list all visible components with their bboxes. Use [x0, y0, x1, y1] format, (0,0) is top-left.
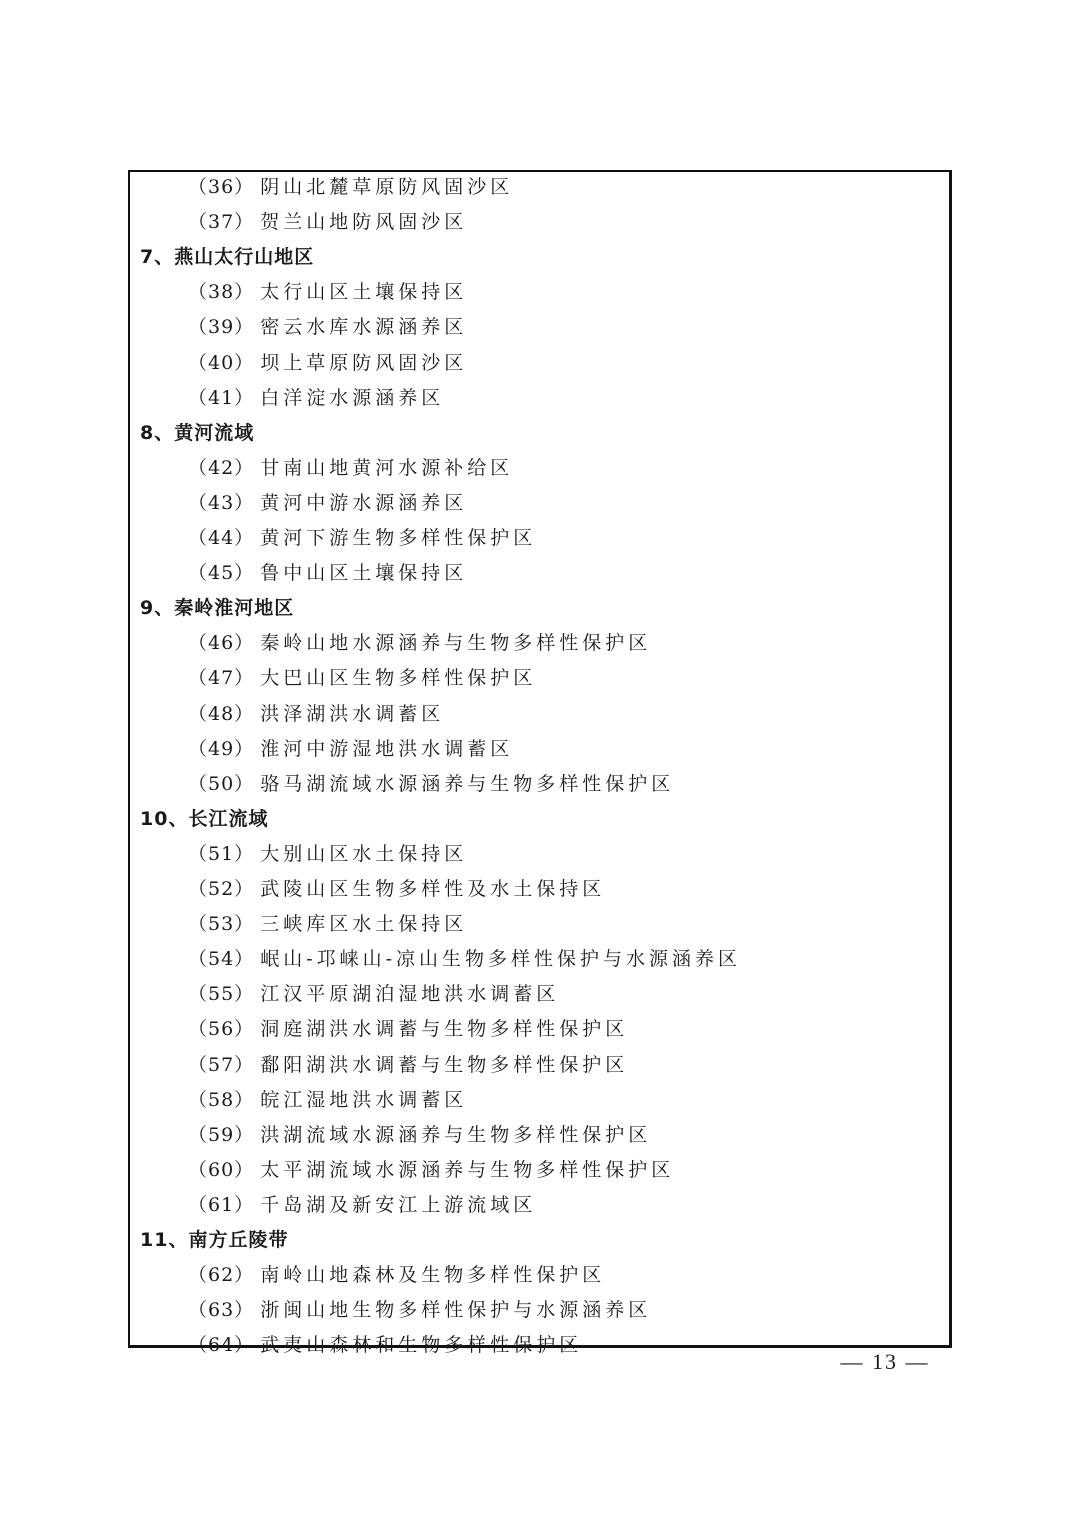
item-text: 密云水库水源涵养区 — [260, 316, 467, 338]
item-number: （57） — [188, 1054, 254, 1076]
zone-list-item: （42）甘南山地黄河水源补给区 — [188, 451, 513, 486]
zone-list-item: （52）武陵山区生物多样性及水土保持区 — [188, 872, 605, 907]
item-number: （43） — [188, 492, 254, 514]
item-text: 洞庭湖洪水调蓄与生物多样性保护区 — [260, 1018, 628, 1040]
zone-list-item: （49）淮河中游湿地洪水调蓄区 — [188, 732, 513, 767]
zone-list-item: （57）鄱阳湖洪水调蓄与生物多样性保护区 — [188, 1048, 628, 1083]
item-text: 洪泽湖洪水调蓄区 — [260, 703, 444, 725]
item-text: 武陵山区生物多样性及水土保持区 — [260, 878, 605, 900]
item-number: （64） — [188, 1334, 254, 1356]
item-text: 骆马湖流域水源涵养与生物多样性保护区 — [260, 773, 674, 795]
item-number: （63） — [188, 1299, 254, 1321]
section-heading: 8、黄河流域 — [140, 416, 254, 451]
item-text: 千岛湖及新安江上游流域区 — [260, 1194, 536, 1216]
item-text: 淮河中游湿地洪水调蓄区 — [260, 738, 513, 760]
zone-list-item: （63）浙闽山地生物多样性保护与水源涵养区 — [188, 1293, 651, 1328]
item-number: （53） — [188, 913, 254, 935]
zone-list-item: （58）皖江湿地洪水调蓄区 — [188, 1083, 467, 1118]
item-text: 太行山区土壤保持区 — [260, 281, 467, 303]
item-text: 岷山-邛崃山-凉山生物多样性保护与水源涵养区 — [260, 948, 741, 970]
content-frame: （36）阴山北麓草原防风固沙区（37）贺兰山地防风固沙区7、燕山太行山地区（38… — [128, 170, 952, 1348]
zone-list-item: （43）黄河中游水源涵养区 — [188, 486, 467, 521]
item-number: （56） — [188, 1018, 254, 1040]
item-number: （38） — [188, 281, 254, 303]
section-heading: 7、燕山太行山地区 — [140, 240, 314, 275]
item-number: （36） — [188, 176, 254, 198]
zone-list-item: （48）洪泽湖洪水调蓄区 — [188, 697, 444, 732]
item-number: （40） — [188, 352, 254, 374]
item-number: （60） — [188, 1159, 254, 1181]
item-text: 太平湖流域水源涵养与生物多样性保护区 — [260, 1159, 674, 1181]
zone-list-item: （38）太行山区土壤保持区 — [188, 275, 467, 310]
item-number: （51） — [188, 843, 254, 865]
zone-list-item: （44）黄河下游生物多样性保护区 — [188, 521, 536, 556]
zone-list-item: （46）秦岭山地水源涵养与生物多样性保护区 — [188, 626, 651, 661]
zone-list-item: （54）岷山-邛崃山-凉山生物多样性保护与水源涵养区 — [188, 942, 741, 977]
item-number: （46） — [188, 632, 254, 654]
item-number: （62） — [188, 1264, 254, 1286]
item-text: 大别山区水土保持区 — [260, 843, 467, 865]
zone-list-item: （56）洞庭湖洪水调蓄与生物多样性保护区 — [188, 1012, 628, 1047]
zone-list-item: （40）坝上草原防风固沙区 — [188, 346, 467, 381]
item-text: 江汉平原湖泊湿地洪水调蓄区 — [260, 983, 559, 1005]
zone-list-item: （45）鲁中山区土壤保持区 — [188, 556, 467, 591]
item-number: （50） — [188, 773, 254, 795]
item-number: （45） — [188, 562, 254, 584]
zone-list-item: （50）骆马湖流域水源涵养与生物多样性保护区 — [188, 767, 674, 802]
zone-list-item: （47）大巴山区生物多样性保护区 — [188, 661, 536, 696]
item-text: 黄河下游生物多样性保护区 — [260, 527, 536, 549]
item-number: （49） — [188, 738, 254, 760]
item-number: （37） — [188, 211, 254, 233]
item-text: 阴山北麓草原防风固沙区 — [260, 176, 513, 198]
zone-list-item: （41）白洋淀水源涵养区 — [188, 381, 444, 416]
item-text: 洪湖流域水源涵养与生物多样性保护区 — [260, 1124, 651, 1146]
item-text: 皖江湿地洪水调蓄区 — [260, 1089, 467, 1111]
zone-list-item: （60）太平湖流域水源涵养与生物多样性保护区 — [188, 1153, 674, 1188]
item-number: （47） — [188, 667, 254, 689]
item-number: （39） — [188, 316, 254, 338]
item-text: 南岭山地森林及生物多样性保护区 — [260, 1264, 605, 1286]
zone-list-item: （51）大别山区水土保持区 — [188, 837, 467, 872]
zone-list-item: （53）三峡库区水土保持区 — [188, 907, 467, 942]
item-text: 鄱阳湖洪水调蓄与生物多样性保护区 — [260, 1054, 628, 1076]
zone-list-item: （64）武夷山森林和生物多样性保护区 — [188, 1328, 582, 1363]
item-number: （58） — [188, 1089, 254, 1111]
item-text: 黄河中游水源涵养区 — [260, 492, 467, 514]
zone-list-item: （61）千岛湖及新安江上游流域区 — [188, 1188, 536, 1223]
item-number: （55） — [188, 983, 254, 1005]
section-heading: 10、长江流域 — [140, 802, 268, 837]
item-text: 三峡库区水土保持区 — [260, 913, 467, 935]
item-text: 鲁中山区土壤保持区 — [260, 562, 467, 584]
item-text: 贺兰山地防风固沙区 — [260, 211, 467, 233]
section-heading: 9、秦岭淮河地区 — [140, 591, 294, 626]
zone-list-item: （37）贺兰山地防风固沙区 — [188, 205, 467, 240]
item-text: 浙闽山地生物多样性保护与水源涵养区 — [260, 1299, 651, 1321]
zone-list-item: （62）南岭山地森林及生物多样性保护区 — [188, 1258, 605, 1293]
item-text: 秦岭山地水源涵养与生物多样性保护区 — [260, 632, 651, 654]
item-number: （54） — [188, 948, 254, 970]
item-text: 坝上草原防风固沙区 — [260, 352, 467, 374]
item-number: （59） — [188, 1124, 254, 1146]
zone-list-item: （36）阴山北麓草原防风固沙区 — [188, 170, 513, 205]
zone-list-item: （55）江汉平原湖泊湿地洪水调蓄区 — [188, 977, 559, 1012]
zone-list-item: （59）洪湖流域水源涵养与生物多样性保护区 — [188, 1118, 651, 1153]
zone-list-item: （39）密云水库水源涵养区 — [188, 310, 467, 345]
item-text: 武夷山森林和生物多样性保护区 — [260, 1334, 582, 1356]
section-heading: 11、南方丘陵带 — [140, 1223, 288, 1258]
item-number: （42） — [188, 457, 254, 479]
item-number: （44） — [188, 527, 254, 549]
item-number: （61） — [188, 1194, 254, 1216]
page-number: — 13 — — [825, 1344, 945, 1380]
item-number: （48） — [188, 703, 254, 725]
item-text: 白洋淀水源涵养区 — [260, 387, 444, 409]
item-number: （41） — [188, 387, 254, 409]
item-number: （52） — [188, 878, 254, 900]
item-text: 大巴山区生物多样性保护区 — [260, 667, 536, 689]
item-text: 甘南山地黄河水源补给区 — [260, 457, 513, 479]
